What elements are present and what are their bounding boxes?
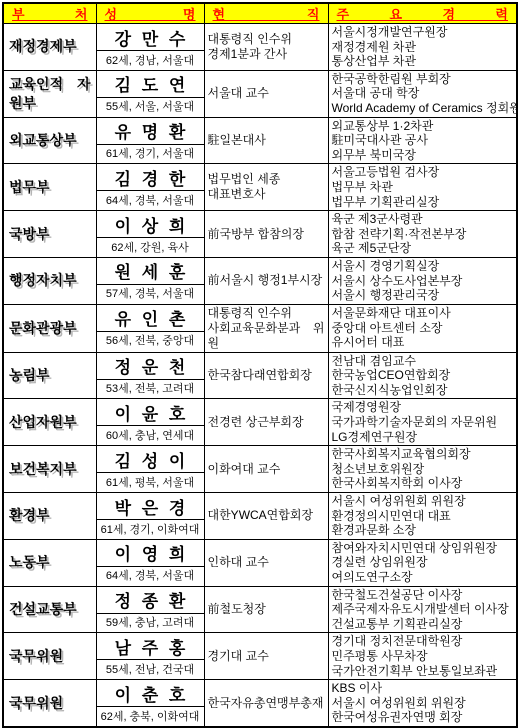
minister-name: 김 도 연 [97, 71, 204, 98]
ministry-label: 산업자원부 [9, 414, 77, 430]
name-cell: 이 윤 호 60세, 충남, 연세대 [96, 399, 204, 446]
name-cell: 박 은 경 61세, 경기, 이화여대 [96, 493, 204, 540]
ministry-cell: 환경부 [3, 493, 96, 540]
page: 부 처 성 명 현 직 주 요 경 력 재정경제부 강 만 수 62세, 경남,… [0, 0, 518, 714]
table-body: 재정경제부 강 만 수 62세, 경남, 서울대 대통령직 인수위 경제1분과 … [3, 24, 517, 727]
career-line: 서울시정개발연구원장 [332, 25, 514, 40]
name-wrap: 이 춘 호 62세, 충북, 이화여대 [97, 680, 204, 724]
position-cell: 대한YWCA연합회장 [204, 493, 328, 540]
career-line: 한국사회복지학회 이사장 [332, 476, 514, 491]
career-line: 국제경영원장 [332, 400, 514, 415]
career-line: 서울대 공대 학장 [332, 86, 514, 101]
career-line: 합참 전략기획·작전본부장 [332, 227, 514, 242]
minister-info: 64세, 경북, 서울대 [97, 191, 204, 208]
ministry-label: 보건복지부 [9, 461, 77, 477]
career-line: 여의도연구소장 [332, 570, 514, 585]
minister-info: 57세, 경북, 서울대 [97, 285, 204, 302]
minister-name: 이 상 희 [97, 211, 204, 238]
career-line: 육군 제5군단장 [332, 241, 514, 256]
ministry-cell: 교육인적 자원부 [3, 70, 96, 117]
career-cell: 외교통상부 1·2차관駐미국대사관 공사외무부 북미국장 [328, 117, 517, 164]
career-line: 제주국제자유도시개발센터 이사장 [332, 602, 514, 617]
career-cell: 한국공학한림원 부회장서울대 공대 학장World Academy of Cer… [328, 70, 517, 117]
career-line: 서울시 여성위원회 위원장 [332, 696, 514, 711]
header-career: 주 요 경 력 [328, 3, 517, 24]
career-line: 서울시 여성위원회 위원장 [332, 494, 514, 509]
header-row: 부 처 성 명 현 직 주 요 경 력 [3, 3, 517, 24]
header-ministry: 부 처 [3, 3, 96, 24]
table-row: 행정자치부 원 세 훈 57세, 경북, 서울대 前서울시 행정1부시장 서울시… [3, 257, 517, 304]
minister-name: 유 명 환 [97, 118, 204, 145]
name-wrap: 박 은 경 61세, 경기, 이화여대 [97, 493, 204, 537]
name-wrap: 유 인 촌 56세, 전북, 중앙대 [97, 305, 204, 349]
name-cell: 강 만 수 62세, 경남, 서울대 [96, 24, 204, 71]
header-position: 현 직 [204, 3, 328, 24]
ministry-cell: 산업자원부 [3, 399, 96, 446]
ministry-label: 행정자치부 [9, 272, 77, 288]
name-cell: 유 명 환 61세, 경기, 서울대 [96, 117, 204, 164]
career-line: 서울문화재단 대표이사 [332, 306, 514, 321]
minister-name: 이 영 희 [97, 540, 204, 567]
ministry-label: 농림부 [9, 367, 50, 383]
table-row: 재정경제부 강 만 수 62세, 경남, 서울대 대통령직 인수위 경제1분과 … [3, 24, 517, 71]
career-line: 외무부 북미국장 [332, 148, 514, 163]
career-cell: KBS 이사서울시 여성위원회 위원장한국여성유권자연맹 회장 [328, 680, 517, 727]
name-cell: 정 종 환 59세, 충남, 고려대 [96, 586, 204, 633]
ministry-label: 국방부 [9, 226, 50, 242]
table-row: 산업자원부 이 윤 호 60세, 충남, 연세대 전경련 상근부회장 국제경영원… [3, 399, 517, 446]
table-row: 국방부 이 상 희 62세, 강원, 육사 前국방부 합참의장 육군 제3군사령… [3, 211, 517, 258]
career-line: 경실련 상임위원장 [332, 555, 514, 570]
ministry-label: 법무부 [9, 179, 50, 195]
career-line: 한국철도건설공단 이사장 [332, 588, 514, 603]
name-wrap: 강 만 수 62세, 경남, 서울대 [97, 24, 204, 68]
career-line: 국가안전기획부 안보통일보좌관 [332, 664, 514, 679]
career-line: 재정경제원 차관 [332, 40, 514, 55]
name-wrap: 김 성 이 61세, 평북, 서울대 [97, 446, 204, 490]
minister-name: 유 인 촌 [97, 305, 204, 332]
minister-info: 55세, 서울, 서울대 [97, 98, 204, 115]
minister-info: 61세, 경기, 서울대 [97, 145, 204, 162]
career-line: 한국공학한림원 부회장 [332, 72, 514, 87]
ministry-label: 환경부 [9, 507, 50, 523]
career-cell: 한국사회복지교육협의회장청소년보호위원장한국사회복지학회 이사장 [328, 446, 517, 493]
career-line: World Academy of Ceramics 정회원 [332, 101, 514, 116]
ministry-label: 외교통상부 [9, 132, 77, 148]
ministry-cell: 외교통상부 [3, 117, 96, 164]
position-cell: 前국방부 합참의장 [204, 211, 328, 258]
position-cell: 駐일본대사 [204, 117, 328, 164]
career-cell: 국제경영원장국가과학기술자문회의 자문위원LG경제연구원장 [328, 399, 517, 446]
career-line: 서울시 상수도사업본부장 [332, 274, 514, 289]
career-cell: 서울문화재단 대표이사중앙대 아트센터 소장유시어터 대표 [328, 304, 517, 352]
ministry-cell: 건설교통부 [3, 586, 96, 633]
career-line: 서울고등법원 검사장 [332, 165, 514, 180]
position-cell: 대통령직 인수위 경제1분과 간사 [204, 24, 328, 71]
ministry-cell: 행정자치부 [3, 257, 96, 304]
cabinet-table: 부 처 성 명 현 직 주 요 경 력 재정경제부 강 만 수 62세, 경남,… [2, 2, 518, 728]
career-cell: 경기대 정치전문대학원장민주평통 사무차장국가안전기획부 안보통일보좌관 [328, 633, 517, 680]
career-line: 한국사회복지교육협의회장 [332, 447, 514, 462]
name-wrap: 남 주 홍 55세, 전남, 건국대 [97, 633, 204, 677]
ministry-cell: 농림부 [3, 352, 96, 399]
career-line: 민주평통 사무차장 [332, 649, 514, 664]
name-cell: 이 상 희 62세, 강원, 육사 [96, 211, 204, 258]
minister-info: 61세, 평북, 서울대 [97, 473, 204, 490]
header-name: 성 명 [96, 3, 204, 24]
table-row: 국무위원 이 춘 호 62세, 충북, 이화여대 한국자유총연맹부총재 KBS … [3, 680, 517, 727]
name-cell: 유 인 촌 56세, 전북, 중앙대 [96, 304, 204, 352]
minister-name: 남 주 홍 [97, 633, 204, 660]
minister-info: 55세, 전남, 건국대 [97, 660, 204, 677]
minister-info: 61세, 경기, 이화여대 [97, 520, 204, 537]
minister-info: 53세, 전북, 고려대 [97, 380, 204, 397]
table-row: 농림부 정 운 천 53세, 전북, 고려대 한국참다래연합회장 전남대 겸임교… [3, 352, 517, 399]
career-line: 환경과문화 소장 [332, 523, 514, 538]
career-cell: 서울시정개발연구원장재정경제원 차관통상산업부 차관 [328, 24, 517, 71]
career-cell: 서울시 여성위원회 위원장환경정의시민연대 대표환경과문화 소장 [328, 493, 517, 540]
ministry-label: 교육인적 자원부 [9, 76, 91, 111]
ministry-label: 노동부 [9, 554, 50, 570]
ministry-cell: 국무위원 [3, 680, 96, 727]
ministry-label: 국무위원 [9, 695, 63, 711]
name-wrap: 김 경 한 64세, 경북, 서울대 [97, 164, 204, 208]
name-wrap: 정 운 천 53세, 전북, 고려대 [97, 353, 204, 397]
career-line: LG경제연구원장 [332, 430, 514, 445]
career-line: 외교통상부 1·2차관 [332, 119, 514, 134]
career-line: 한국농업CEO연합회장 [332, 368, 514, 383]
career-line: 서울시 행정관리국장 [332, 288, 514, 303]
minister-info: 62세, 경남, 서울대 [97, 51, 204, 68]
table-row: 노동부 이 영 희 64세, 경북, 서울대 인하대 교수 참여와자치시민연대 … [3, 539, 517, 586]
position-cell: 법무법인 세종 대표변호사 [204, 164, 328, 211]
minister-name: 원 세 훈 [97, 258, 204, 285]
ministry-cell: 국방부 [3, 211, 96, 258]
minister-name: 정 종 환 [97, 587, 204, 614]
minister-info: 62세, 충북, 이화여대 [97, 707, 204, 724]
career-line: 건설교통부 기획관리실장 [332, 617, 514, 632]
career-line: 청소년보호위원장 [332, 462, 514, 477]
career-cell: 참여와자치시민연대 상임위원장경실련 상임위원장여의도연구소장 [328, 539, 517, 586]
name-wrap: 이 영 희 64세, 경북, 서울대 [97, 540, 204, 584]
table-row: 환경부 박 은 경 61세, 경기, 이화여대 대한YWCA연합회장 서울시 여… [3, 493, 517, 540]
table-row: 교육인적 자원부 김 도 연 55세, 서울, 서울대 서울대 교수 한국공학한… [3, 70, 517, 117]
name-wrap: 이 상 희 62세, 강원, 육사 [97, 211, 204, 255]
ministry-cell: 법무부 [3, 164, 96, 211]
name-cell: 이 영 희 64세, 경북, 서울대 [96, 539, 204, 586]
position-cell: 인하대 교수 [204, 539, 328, 586]
ministry-label: 문화관광부 [9, 320, 77, 336]
minister-info: 60세, 충남, 연세대 [97, 426, 204, 443]
minister-info: 64세, 경북, 서울대 [97, 567, 204, 584]
table-row: 법무부 김 경 한 64세, 경북, 서울대 법무법인 세종 대표변호사 서울고… [3, 164, 517, 211]
ministry-cell: 노동부 [3, 539, 96, 586]
career-cell: 육군 제3군사령관합참 전략기획·작전본부장육군 제5군단장 [328, 211, 517, 258]
ministry-cell: 국무위원 [3, 633, 96, 680]
career-cell: 한국철도건설공단 이사장제주국제자유도시개발센터 이사장건설교통부 기획관리실장 [328, 586, 517, 633]
name-cell: 이 춘 호 62세, 충북, 이화여대 [96, 680, 204, 727]
minister-name: 이 춘 호 [97, 680, 204, 707]
name-wrap: 유 명 환 61세, 경기, 서울대 [97, 118, 204, 162]
position-cell: 경기대 교수 [204, 633, 328, 680]
career-line: 법무부 차관 [332, 180, 514, 195]
minister-name: 정 운 천 [97, 353, 204, 380]
minister-name: 이 윤 호 [97, 399, 204, 426]
career-line: 통상산업부 차관 [332, 54, 514, 69]
career-line: KBS 이사 [332, 681, 514, 696]
ministry-label: 건설교통부 [9, 601, 77, 617]
name-cell: 김 성 이 61세, 평북, 서울대 [96, 446, 204, 493]
table-row: 외교통상부 유 명 환 61세, 경기, 서울대 駐일본대사 외교통상부 1·2… [3, 117, 517, 164]
name-cell: 남 주 홍 55세, 전남, 건국대 [96, 633, 204, 680]
name-cell: 김 도 연 55세, 서울, 서울대 [96, 70, 204, 117]
name-cell: 정 운 천 53세, 전북, 고려대 [96, 352, 204, 399]
name-wrap: 정 종 환 59세, 충남, 고려대 [97, 587, 204, 631]
table-header: 부 처 성 명 현 직 주 요 경 력 [3, 3, 517, 24]
table-row: 건설교통부 정 종 환 59세, 충남, 고려대 前철도청장 한국철도건설공단 … [3, 586, 517, 633]
name-cell: 원 세 훈 57세, 경북, 서울대 [96, 257, 204, 304]
name-cell: 김 경 한 64세, 경북, 서울대 [96, 164, 204, 211]
position-cell: 전경련 상근부회장 [204, 399, 328, 446]
minister-info: 56세, 전북, 중앙대 [97, 332, 204, 349]
minister-name: 강 만 수 [97, 24, 204, 51]
ministry-label: 국무위원 [9, 648, 63, 664]
name-wrap: 김 도 연 55세, 서울, 서울대 [97, 71, 204, 115]
career-line: 유시어터 대표 [332, 335, 514, 350]
position-cell: 한국자유총연맹부총재 [204, 680, 328, 727]
minister-info: 62세, 강원, 육사 [97, 238, 204, 255]
ministry-label: 재정경제부 [9, 38, 77, 54]
career-line: 駐미국대사관 공사 [332, 133, 514, 148]
career-line: 한국신지식농업인회장 [332, 383, 514, 398]
minister-name: 박 은 경 [97, 493, 204, 520]
career-line: 전남대 겸임교수 [332, 354, 514, 369]
career-line: 참여와자치시민연대 상임위원장 [332, 541, 514, 556]
table-row: 보건복지부 김 성 이 61세, 평북, 서울대 이화여대 교수 한국사회복지교… [3, 446, 517, 493]
table-row: 국무위원 남 주 홍 55세, 전남, 건국대 경기대 교수 경기대 정치전문대… [3, 633, 517, 680]
position-cell: 前철도청장 [204, 586, 328, 633]
minister-name: 김 경 한 [97, 164, 204, 191]
name-wrap: 원 세 훈 57세, 경북, 서울대 [97, 258, 204, 302]
career-line: 중앙대 아트센터 소장 [332, 321, 514, 336]
position-cell: 서울대 교수 [204, 70, 328, 117]
career-line: 한국여성유권자연맹 회장 [332, 710, 514, 725]
ministry-cell: 재정경제부 [3, 24, 96, 71]
minister-info: 59세, 충남, 고려대 [97, 614, 204, 631]
minister-name: 김 성 이 [97, 446, 204, 473]
career-line: 서울시 경영기획실장 [332, 259, 514, 274]
career-line: 환경정의시민연대 대표 [332, 509, 514, 524]
ministry-cell: 보건복지부 [3, 446, 96, 493]
career-line: 육군 제3군사령관 [332, 212, 514, 227]
position-cell: 대통령직 인수위 사회교육문화분과 위원 [204, 304, 328, 352]
career-line: 경기대 정치전문대학원장 [332, 634, 514, 649]
career-cell: 서울고등법원 검사장법무부 차관법무부 기획관리실장 [328, 164, 517, 211]
position-cell: 한국참다래연합회장 [204, 352, 328, 399]
table-row: 문화관광부 유 인 촌 56세, 전북, 중앙대 대통령직 인수위 사회교육문화… [3, 304, 517, 352]
career-cell: 서울시 경영기획실장서울시 상수도사업본부장서울시 행정관리국장 [328, 257, 517, 304]
name-wrap: 이 윤 호 60세, 충남, 연세대 [97, 399, 204, 443]
ministry-cell: 문화관광부 [3, 304, 96, 352]
career-line: 법무부 기획관리실장 [332, 195, 514, 210]
career-line: 국가과학기술자문회의 자문위원 [332, 415, 514, 430]
career-cell: 전남대 겸임교수한국농업CEO연합회장한국신지식농업인회장 [328, 352, 517, 399]
position-cell: 이화여대 교수 [204, 446, 328, 493]
position-cell: 前서울시 행정1부시장 [204, 257, 328, 304]
